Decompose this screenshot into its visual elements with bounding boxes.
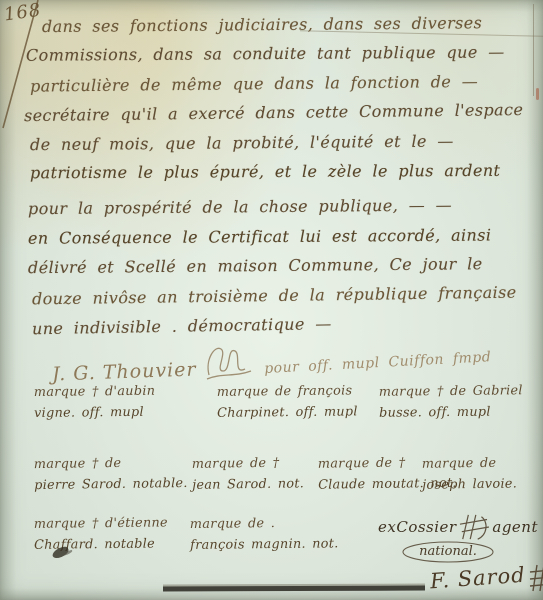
mark-label: marque † d'étienne (34, 512, 190, 535)
agent-paraph-flourish (459, 512, 491, 542)
mark-name: joseph lavoie. (422, 473, 534, 496)
signature-paraph-flourish (201, 341, 259, 383)
mark-name: jean Sarod. not. (192, 473, 318, 496)
mark-entry: marque † de pierre Sarod. notable. (34, 452, 193, 496)
mark-entry: marque de † Claude moutat. not. (318, 452, 423, 495)
mark-label: marque † de Gabriel (379, 380, 524, 403)
mark-label: marque de † (318, 452, 422, 474)
national-agent-signature: exCossier agent national. (378, 512, 538, 559)
mark-entry: marque † d'aubin vigne. off. mupl (34, 380, 218, 424)
mark-name: busse. off. mupl (379, 401, 524, 424)
mark-label: marque de . (190, 512, 370, 535)
marks-row-officers: marque † d'aubin vigne. off. mupl marque… (34, 381, 524, 423)
mark-label: marque † de (34, 452, 192, 475)
bottom-rule-bar (163, 586, 425, 592)
mark-entry: marque de . françois magnin. not. (190, 512, 370, 556)
marks-row-bottom: marque † d'étienne Chaffard. notable mar… (34, 513, 384, 555)
signature-annotation: pour off. mupl Cuiffon fmpd (263, 349, 491, 383)
bottom-signature-name: F. Sarod (429, 563, 526, 594)
agent-signature-name: exCossier (378, 518, 457, 536)
bottom-signature: F. Sarod (430, 563, 543, 593)
mark-name: vigne. off. mupl (34, 401, 217, 424)
marks-row-notables: marque † de pierre Sarod. notable. marqu… (34, 453, 534, 495)
mayor-signature-line: J. G. Thouvier pour off. mupl Cuiffon fm… (52, 341, 522, 383)
agent-signature-title: agent (492, 518, 538, 536)
body-line: dans ses fonctions judiciaires, dans ses… (24, 8, 529, 42)
body-line: pour la prospérité de la chose publique,… (24, 190, 529, 224)
paper-fold-line (533, 4, 534, 96)
mark-entry: marque † de Gabriel busse. off. mupl (379, 380, 524, 424)
body-line: de neuf mois, que la probité, l'équité e… (24, 125, 529, 159)
mark-label: marque de françois (217, 380, 379, 403)
mark-name: Claude moutat. not. (318, 473, 422, 495)
mark-entry: marque de joseph lavoie. (422, 452, 535, 496)
body-line: Commissions, dans sa conduite tant publi… (24, 38, 529, 71)
certificate-body-text: dans ses fonctions judiciaires, dans ses… (24, 10, 529, 339)
mark-label: marque † d'aubin (34, 380, 217, 403)
mark-name: Charpinet. off. mupl (217, 401, 379, 424)
manuscript-page: 168 dans ses fonctions judiciaires, dans… (0, 0, 543, 600)
mark-label: marque de † (192, 452, 318, 475)
mark-name: françois magnin. not. (190, 533, 370, 556)
mark-entry: marque de † jean Sarod. not. (192, 452, 319, 496)
body-line: en Conséquence le Certificat lui est acc… (24, 220, 529, 253)
body-line: patriotisme le plus épuré, et le zèle le… (24, 156, 529, 188)
paper-stain-mark (536, 88, 539, 100)
hatch-paraph-flourish (529, 563, 543, 593)
mark-entry: marque de françois Charpinet. off. mupl (217, 380, 379, 424)
agent-underline-flourish (400, 539, 496, 565)
body-line: secrétaire qu'il a exercé dans cette Com… (24, 95, 529, 131)
mark-label: marque de (422, 452, 534, 475)
mark-name: pierre Sarod. notable. (34, 473, 192, 496)
